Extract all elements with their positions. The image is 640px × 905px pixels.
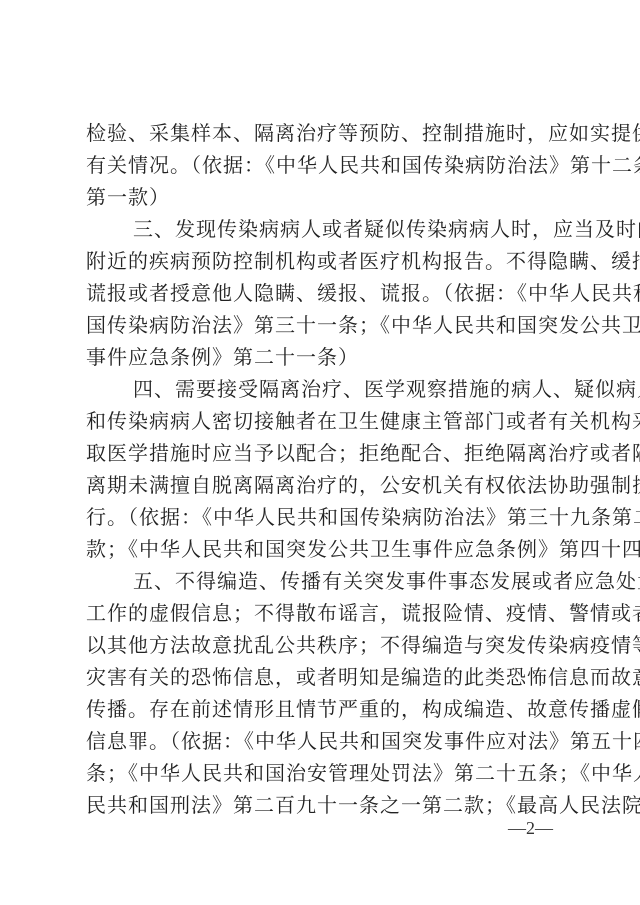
paragraph-5-start: 五、不得编造、传播有关突发事件事态发展或者应急处置 (86, 565, 556, 597)
text-line: 国传染病防治法》第三十一条；《中华人民共和国突发公共卫生 (86, 309, 556, 341)
document-body: 检验、采集样本、隔离治疗等预防、控制措施时，应如实提供 有关情况。（依据：《中华… (86, 117, 556, 821)
text-line: 民共和国刑法》第二百九十一条之一第二款；《最高人民法院、 (86, 789, 556, 821)
page-number: —2— (508, 818, 553, 839)
text-line: 有关情况。（依据：《中华人民共和国传染病防治法》第十二条 (86, 149, 556, 181)
paragraph-3-start: 三、发现传染病病人或者疑似传染病病人时，应当及时向 (86, 213, 556, 245)
text-line: 传播。存在前述情形且情节严重的，构成编造、故意传播虚假 (86, 693, 556, 725)
text-line: 取医学措施时应当予以配合；拒绝配合、拒绝隔离治疗或者隔 (86, 437, 556, 469)
text-line: 事件应急条例》第二十一条） (86, 341, 556, 373)
text-line: 款；《中华人民共和国突发公共卫生事件应急条例》第四十四条） (86, 533, 556, 565)
text-line: 条；《中华人民共和国治安管理处罚法》第二十五条；《中华人 (86, 757, 556, 789)
text-line: 和传染病病人密切接触者在卫生健康主管部门或者有关机构采 (86, 405, 556, 437)
text-line: 检验、采集样本、隔离治疗等预防、控制措施时，应如实提供 (86, 117, 556, 149)
text-line: 离期未满擅自脱离隔离治疗的，公安机关有权依法协助强制执 (86, 469, 556, 501)
paragraph-4-start: 四、需要接受隔离治疗、医学观察措施的病人、疑似病人 (86, 373, 556, 405)
text-line: 行。（依据：《中华人民共和国传染病防治法》第三十九条第二 (86, 501, 556, 533)
text-line: 以其他方法故意扰乱公共秩序；不得编造与突发传染病疫情等 (86, 629, 556, 661)
text-line: 谎报或者授意他人隐瞒、缓报、谎报。（依据：《中华人民共和 (86, 277, 556, 309)
text-line: 第一款） (86, 181, 556, 213)
text-line: 附近的疾病预防控制机构或者医疗机构报告。不得隐瞒、缓报、 (86, 245, 556, 277)
text-line: 灾害有关的恐怖信息，或者明知是编造的此类恐怖信息而故意 (86, 661, 556, 693)
text-line: 工作的虚假信息；不得散布谣言，谎报险情、疫情、警情或者 (86, 597, 556, 629)
text-line: 信息罪。（依据：《中华人民共和国突发事件应对法》第五十四 (86, 725, 556, 757)
